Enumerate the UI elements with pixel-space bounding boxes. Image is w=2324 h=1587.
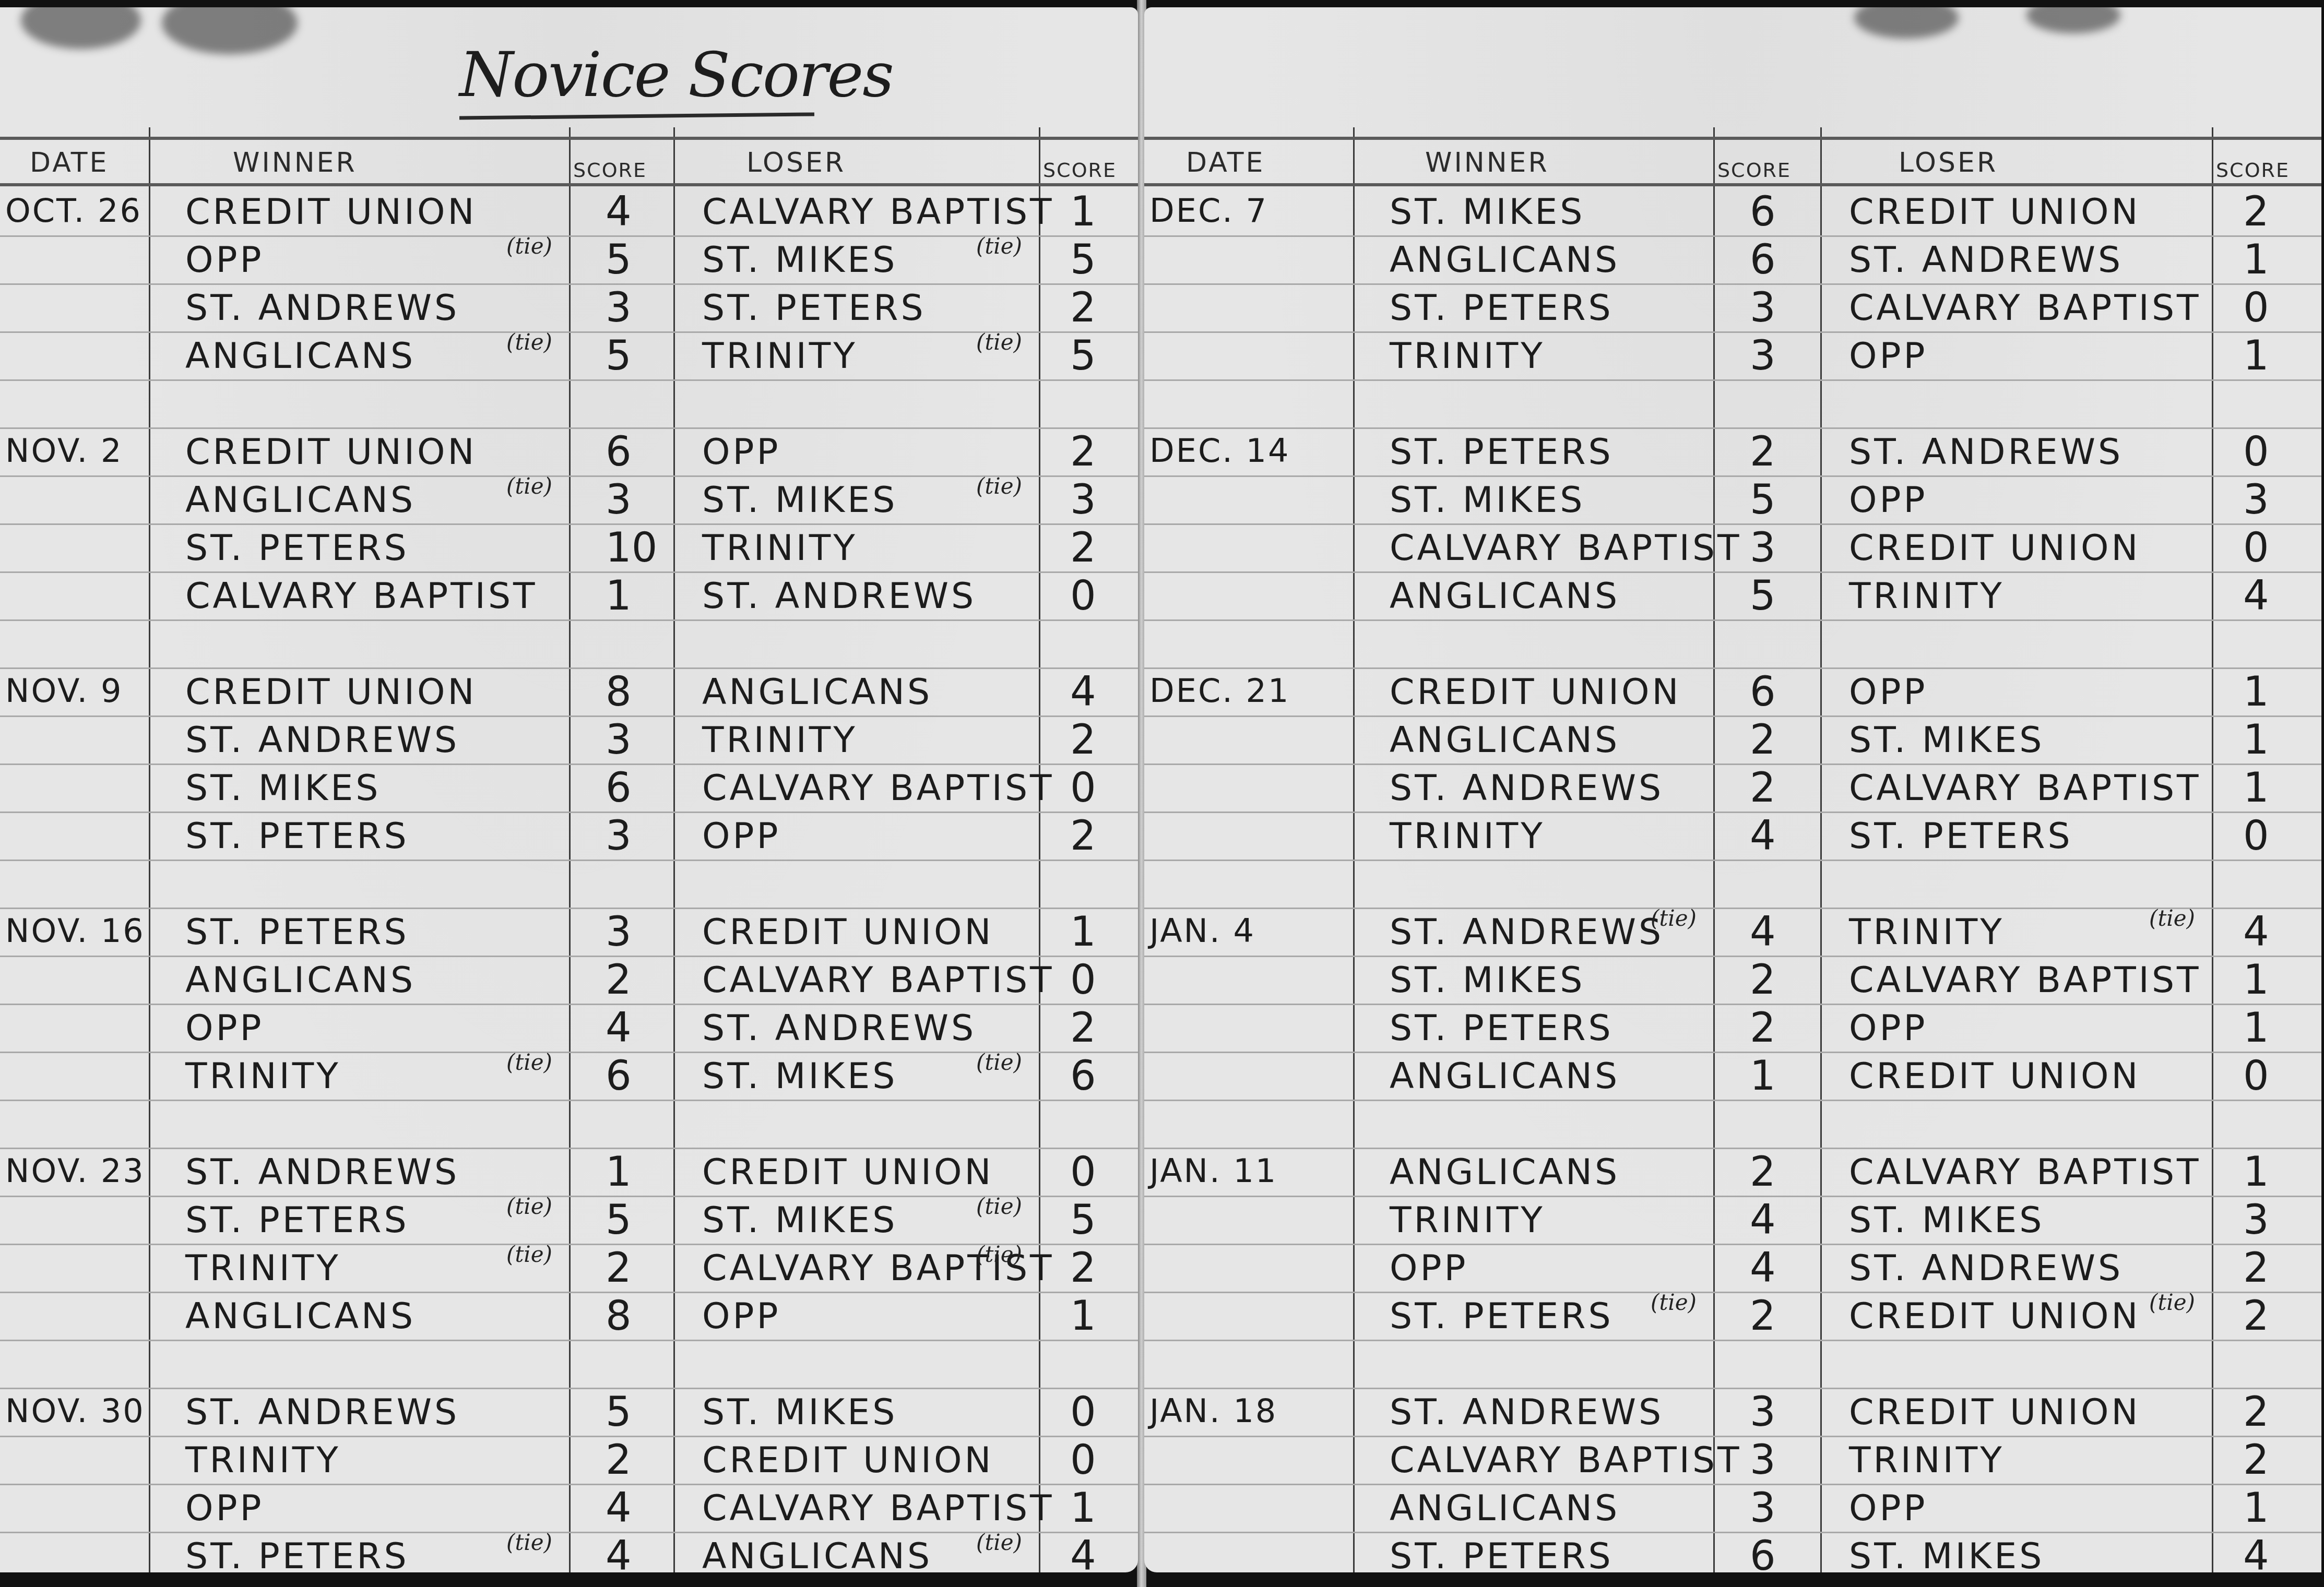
loser-score-header: SCORE: [1043, 159, 1117, 182]
ruled-line: [1144, 1244, 2321, 1245]
column-rule: [1713, 127, 1715, 1572]
right-page: DATEWINNERSCORELOSERSCOREDEC. 7ST. MIKES…: [1144, 7, 2321, 1572]
winner-team: ST. PETERS: [1390, 1008, 1614, 1049]
winner-team: ANGLICANS: [185, 480, 416, 521]
loser-score: 1: [2243, 669, 2269, 715]
tie-marker: (tie): [976, 1242, 1022, 1267]
winner-team: TRINITY: [1390, 336, 1545, 377]
winner-team: TRINITY: [185, 1248, 341, 1289]
loser-score: 2: [2243, 1389, 2269, 1436]
ruled-line: [1144, 860, 2321, 861]
loser-score: 0: [1070, 765, 1096, 812]
loser-team: CREDIT UNION: [702, 912, 993, 953]
winner-score: 1: [606, 1149, 632, 1196]
winner-score: 3: [606, 476, 632, 523]
winner-score: 4: [1750, 1197, 1776, 1244]
loser-score: 2: [1070, 1245, 1096, 1292]
winner-team: ST. PETERS: [185, 528, 409, 569]
loser-team: TRINITY: [1849, 1440, 2005, 1481]
week-date: NOV. 16: [5, 912, 145, 950]
date-header: DATE: [1186, 147, 1265, 178]
ruled-line: [0, 908, 1138, 909]
winner-team: ST. ANDREWS: [1390, 768, 1664, 809]
ruled-line: [1144, 523, 2321, 525]
winner-team: ANGLICANS: [185, 960, 416, 1001]
winner-team: ST. MIKES: [1390, 960, 1585, 1001]
loser-team: TRINITY: [702, 336, 858, 377]
loser-score: 6: [1070, 1053, 1096, 1100]
loser-score-header: SCORE: [2216, 159, 2290, 182]
winner-score: 6: [606, 765, 632, 812]
header-bottom-rule: [0, 183, 1138, 186]
loser-team: OPP: [1849, 336, 1928, 377]
ruled-line: [1144, 1292, 2321, 1293]
loser-team: OPP: [1849, 1008, 1928, 1049]
tie-marker: (tie): [1651, 1290, 1697, 1315]
winner-team: OPP: [1390, 1248, 1468, 1289]
ruled-line: [1144, 619, 2321, 621]
column-rule: [2212, 127, 2213, 1572]
winner-score: 1: [606, 572, 632, 619]
week-date: DEC. 7: [1149, 192, 1268, 230]
winner-score: 6: [1750, 236, 1776, 283]
loser-team: CALVARY BAPTIST: [702, 768, 1054, 809]
ruled-line: [1144, 1484, 2321, 1485]
loser-score: 1: [2243, 717, 2269, 763]
winner-score: 2: [1750, 765, 1776, 812]
week-date: OCT. 26: [5, 192, 142, 230]
winner-score: 5: [1750, 476, 1776, 523]
winner-score: 6: [606, 428, 632, 475]
winner-team: OPP: [185, 1008, 264, 1049]
loser-team: ST. ANDREWS: [1849, 240, 2123, 281]
tie-marker: (tie): [2149, 905, 2195, 931]
winner-score: 5: [606, 1389, 632, 1436]
loser-score: 2: [1070, 813, 1096, 860]
ruled-line: [0, 860, 1138, 861]
tie-marker: (tie): [506, 329, 552, 355]
loser-score: 1: [1070, 909, 1096, 956]
winner-team: CREDIT UNION: [185, 672, 477, 713]
winner-score: 2: [606, 1245, 632, 1292]
winner-team: ANGLICANS: [1390, 720, 1620, 761]
ruled-line: [1144, 475, 2321, 477]
winner-score: 3: [606, 717, 632, 763]
winner-score-header: SCORE: [573, 159, 647, 182]
winner-score: 5: [606, 332, 632, 379]
winner-score: 4: [606, 1533, 632, 1572]
ruled-line: [0, 235, 1138, 237]
tie-marker: (tie): [976, 473, 1022, 499]
title-underline: [459, 112, 814, 120]
ruled-line: [0, 763, 1138, 765]
loser-score: 3: [2243, 1197, 2269, 1244]
column-rule: [1039, 127, 1040, 1572]
loser-score: 4: [2243, 1533, 2269, 1572]
loser-team: TRINITY: [702, 528, 858, 569]
winner-score: 2: [1750, 1149, 1776, 1196]
winner-team: ST. PETERS: [185, 1536, 409, 1572]
loser-score: 0: [2243, 284, 2269, 331]
ruled-line: [0, 812, 1138, 813]
loser-header: LOSER: [1899, 147, 1998, 178]
loser-score: 2: [1070, 717, 1096, 763]
winner-team: OPP: [185, 240, 264, 281]
winner-score: 3: [1750, 1389, 1776, 1436]
loser-team: OPP: [702, 432, 781, 473]
ruled-line: [1144, 1052, 2321, 1053]
winner-team: ST. ANDREWS: [1390, 1392, 1664, 1433]
ruled-line: [0, 1148, 1138, 1149]
loser-score: 3: [2243, 476, 2269, 523]
week-date: DEC. 14: [1149, 432, 1290, 470]
ink-stain: [2026, 7, 2120, 33]
ruled-line: [0, 571, 1138, 573]
loser-score: 1: [1070, 1485, 1096, 1532]
winner-team: CREDIT UNION: [1390, 672, 1681, 713]
ruled-line: [1144, 331, 2321, 333]
ruled-line: [0, 1052, 1138, 1053]
week-date: JAN. 18: [1149, 1392, 1277, 1430]
loser-score: 0: [1070, 1149, 1096, 1196]
loser-score: 5: [1070, 332, 1096, 379]
ink-stain: [1854, 7, 1959, 39]
loser-team: OPP: [702, 816, 781, 857]
loser-score: 4: [1070, 669, 1096, 715]
tie-marker: (tie): [506, 473, 552, 499]
winner-team: TRINITY: [1390, 816, 1545, 857]
ruled-line: [0, 1340, 1138, 1341]
winner-header: WINNER: [233, 147, 357, 178]
tie-marker: (tie): [976, 1049, 1022, 1075]
winner-score: 3: [606, 284, 632, 331]
winner-team: ST. PETERS: [1390, 1536, 1614, 1572]
ruled-line: [1144, 1532, 2321, 1533]
winner-score: 5: [606, 236, 632, 283]
loser-team: CREDIT UNION: [1849, 1296, 2140, 1337]
loser-score: 0: [1070, 1437, 1096, 1484]
winner-score: 6: [1750, 669, 1776, 715]
loser-team: CALVARY BAPTIST: [1849, 768, 2201, 809]
winner-score: 2: [1750, 428, 1776, 475]
ruled-line: [0, 667, 1138, 669]
week-date: NOV. 30: [5, 1392, 145, 1430]
winner-header: WINNER: [1425, 147, 1549, 178]
winner-score: 2: [1750, 717, 1776, 763]
winner-score: 4: [606, 1005, 632, 1052]
loser-score: 1: [2243, 1005, 2269, 1052]
tie-marker: (tie): [976, 1194, 1022, 1219]
tie-marker: (tie): [2149, 1290, 2195, 1315]
winner-score: 10: [606, 524, 657, 571]
page-title: Novice Scores: [459, 39, 893, 111]
loser-team: CREDIT UNION: [702, 1440, 993, 1481]
header-bottom-rule: [1144, 183, 2321, 186]
loser-score: 0: [2243, 813, 2269, 860]
winner-score: 5: [606, 1197, 632, 1244]
winner-team: ANGLICANS: [1390, 1152, 1620, 1193]
loser-team: ST. MIKES: [702, 240, 897, 281]
winner-score: 3: [1750, 1485, 1776, 1532]
loser-team: CREDIT UNION: [702, 1152, 993, 1193]
header-top-rule: [0, 137, 1138, 140]
loser-score: 2: [2243, 1437, 2269, 1484]
loser-team: CREDIT UNION: [1849, 528, 2140, 569]
ink-stain: [162, 7, 298, 54]
winner-team: ST. PETERS: [1390, 1296, 1614, 1337]
ruled-line: [0, 1004, 1138, 1005]
loser-score: 1: [2243, 765, 2269, 812]
winner-team: TRINITY: [185, 1440, 341, 1481]
winner-team: ANGLICANS: [1390, 1056, 1620, 1097]
winner-team: ST. PETERS: [185, 912, 409, 953]
loser-team: CALVARY BAPTIST: [702, 192, 1054, 233]
week-date: JAN. 4: [1149, 912, 1255, 950]
winner-score: 5: [1750, 572, 1776, 619]
loser-team: ST. ANDREWS: [1849, 432, 2123, 473]
loser-score: 3: [1070, 476, 1096, 523]
ruled-line: [0, 331, 1138, 333]
winner-team: ST. PETERS: [185, 816, 409, 857]
ruled-line: [0, 1100, 1138, 1101]
ruled-line: [0, 715, 1138, 717]
ruled-line: [0, 427, 1138, 429]
loser-score: 1: [1070, 1293, 1096, 1340]
loser-team: ST. MIKES: [702, 480, 897, 521]
loser-team: OPP: [702, 1296, 781, 1337]
column-rule: [1353, 127, 1355, 1572]
week-date: NOV. 9: [5, 672, 123, 710]
loser-score: 4: [2243, 909, 2269, 956]
loser-score: 1: [2243, 332, 2269, 379]
winner-team: TRINITY: [185, 1056, 341, 1097]
column-rule: [1820, 127, 1822, 1572]
date-header: DATE: [30, 147, 109, 178]
winner-team: ST. MIKES: [185, 768, 381, 809]
loser-score: 0: [2243, 428, 2269, 475]
winner-team: ANGLICANS: [185, 336, 416, 377]
winner-score: 3: [1750, 284, 1776, 331]
loser-score: 2: [1070, 1005, 1096, 1052]
winner-team: ST. ANDREWS: [185, 288, 459, 329]
ruled-line: [1144, 667, 2321, 669]
loser-score: 2: [1070, 428, 1096, 475]
ruled-line: [0, 1196, 1138, 1197]
loser-score: 0: [2243, 1053, 2269, 1100]
ruled-line: [0, 523, 1138, 525]
winner-team: ST. ANDREWS: [1390, 912, 1664, 953]
winner-score-header: SCORE: [1717, 159, 1791, 182]
loser-score: 4: [2243, 572, 2269, 619]
winner-score: 3: [1750, 332, 1776, 379]
winner-team: ANGLICANS: [1390, 240, 1620, 281]
ruled-line: [1144, 1148, 2321, 1149]
ruled-line: [0, 1388, 1138, 1389]
loser-header: LOSER: [746, 147, 846, 178]
loser-team: ST. MIKES: [702, 1392, 897, 1433]
loser-score: 2: [2243, 1245, 2269, 1292]
column-rule: [673, 127, 675, 1572]
winner-team: ST. ANDREWS: [185, 1392, 459, 1433]
ruled-line: [1144, 1100, 2321, 1101]
column-rule: [149, 127, 150, 1572]
winner-score: 3: [1750, 1437, 1776, 1484]
ruled-line: [1144, 379, 2321, 381]
loser-team: OPP: [1849, 1488, 1928, 1529]
winner-score: 2: [606, 1437, 632, 1484]
ruled-line: [0, 956, 1138, 957]
winner-score: 2: [1750, 1005, 1776, 1052]
ruled-line: [0, 1532, 1138, 1533]
loser-team: CREDIT UNION: [1849, 1056, 2140, 1097]
ruled-line: [1144, 715, 2321, 717]
loser-team: CREDIT UNION: [1849, 1392, 2140, 1433]
winner-team: ST. PETERS: [1390, 432, 1614, 473]
loser-score: 1: [2243, 1485, 2269, 1532]
loser-team: ST. PETERS: [1849, 816, 2073, 857]
week-date: JAN. 11: [1149, 1152, 1277, 1190]
winner-team: ST. PETERS: [1390, 288, 1614, 329]
loser-team: OPP: [1849, 480, 1928, 521]
ruled-line: [1144, 956, 2321, 957]
winner-score: 2: [1750, 957, 1776, 1004]
winner-score: 6: [1750, 188, 1776, 235]
tie-marker: (tie): [506, 233, 552, 259]
winner-score: 8: [606, 669, 632, 715]
loser-team: ST. MIKES: [1849, 1536, 2044, 1572]
winner-score: 2: [606, 957, 632, 1004]
winner-team: TRINITY: [1390, 1200, 1545, 1241]
ruled-line: [0, 619, 1138, 621]
loser-score: 1: [1070, 188, 1096, 235]
winner-team: CALVARY BAPTIST: [185, 576, 538, 617]
loser-team: CALVARY BAPTIST: [1849, 1152, 2201, 1193]
winner-team: ST. ANDREWS: [185, 1152, 459, 1193]
loser-team: ST. MIKES: [702, 1056, 897, 1097]
week-date: NOV. 23: [5, 1152, 145, 1190]
loser-score: 1: [2243, 236, 2269, 283]
ruled-line: [0, 379, 1138, 381]
ruled-line: [1144, 1196, 2321, 1197]
loser-score: 0: [2243, 524, 2269, 571]
ruled-line: [0, 1436, 1138, 1437]
loser-score: 0: [1070, 572, 1096, 619]
winner-team: ST. MIKES: [1390, 192, 1585, 233]
ruled-line: [1144, 763, 2321, 765]
loser-team: CALVARY BAPTIST: [702, 1488, 1054, 1529]
tie-marker: (tie): [976, 233, 1022, 259]
loser-team: CALVARY BAPTIST: [702, 960, 1054, 1001]
winner-score: 4: [606, 1485, 632, 1532]
loser-score: 5: [1070, 1197, 1096, 1244]
ruled-line: [1144, 427, 2321, 429]
loser-score: 2: [1070, 284, 1096, 331]
loser-team: CALVARY BAPTIST: [1849, 960, 2201, 1001]
loser-team: ST. MIKES: [1849, 1200, 2044, 1241]
tie-marker: (tie): [506, 1049, 552, 1075]
loser-score: 1: [2243, 1149, 2269, 1196]
header-top-rule: [1144, 137, 2321, 140]
winner-score: 2: [1750, 1293, 1776, 1340]
winner-score: 4: [606, 188, 632, 235]
winner-score: 3: [1750, 524, 1776, 571]
winner-team: CREDIT UNION: [185, 432, 477, 473]
tie-marker: (tie): [976, 329, 1022, 355]
loser-team: ST. ANDREWS: [702, 576, 976, 617]
week-date: NOV. 2: [5, 432, 123, 470]
loser-team: ST. MIKES: [702, 1200, 897, 1241]
loser-team: ANGLICANS: [702, 1536, 932, 1572]
loser-score: 0: [1070, 1389, 1096, 1436]
ruled-line: [1144, 1436, 2321, 1437]
winner-team: CALVARY BAPTIST: [1390, 1440, 1742, 1481]
left-page: Novice Scores DATEWINNERSCORELOSERSCOREO…: [0, 7, 1138, 1572]
winner-score: 1: [1750, 1053, 1776, 1100]
winner-score: 8: [606, 1293, 632, 1340]
winner-team: ST. MIKES: [1390, 480, 1585, 521]
loser-team: OPP: [1849, 672, 1928, 713]
winner-score: 4: [1750, 813, 1776, 860]
winner-team: CREDIT UNION: [185, 192, 477, 233]
tie-marker: (tie): [506, 1194, 552, 1219]
winner-team: ANGLICANS: [185, 1296, 416, 1337]
loser-team: ST. MIKES: [1849, 720, 2044, 761]
tie-marker: (tie): [506, 1242, 552, 1267]
winner-team: ST. PETERS: [185, 1200, 409, 1241]
ruled-line: [1144, 1340, 2321, 1341]
ruled-line: [1144, 235, 2321, 237]
ruled-line: [0, 283, 1138, 285]
loser-score: 2: [2243, 188, 2269, 235]
loser-score: 2: [2243, 1293, 2269, 1340]
loser-score: 0: [1070, 957, 1096, 1004]
winner-team: ST. ANDREWS: [185, 720, 459, 761]
loser-team: ST. ANDREWS: [702, 1008, 976, 1049]
winner-score: 4: [1750, 909, 1776, 956]
ruled-line: [1144, 1004, 2321, 1005]
ruled-line: [1144, 812, 2321, 813]
winner-team: CALVARY BAPTIST: [1390, 528, 1742, 569]
ruled-line: [1144, 571, 2321, 573]
tie-marker: (tie): [976, 1530, 1022, 1555]
loser-score: 4: [1070, 1533, 1096, 1572]
column-rule: [569, 127, 571, 1572]
week-date: DEC. 21: [1149, 672, 1290, 710]
winner-team: OPP: [185, 1488, 264, 1529]
loser-team: CALVARY BAPTIST: [1849, 288, 2201, 329]
loser-score: 2: [1070, 524, 1096, 571]
winner-score: 4: [1750, 1245, 1776, 1292]
loser-team: CREDIT UNION: [1849, 192, 2140, 233]
tie-marker: (tie): [506, 1530, 552, 1555]
tie-marker: (tie): [1651, 905, 1697, 931]
loser-team: TRINITY: [1849, 576, 2005, 617]
loser-team: TRINITY: [1849, 912, 2005, 953]
winner-team: ANGLICANS: [1390, 576, 1620, 617]
winner-score: 3: [606, 909, 632, 956]
loser-team: ST. PETERS: [702, 288, 926, 329]
ruled-line: [1144, 1388, 2321, 1389]
winner-score: 6: [606, 1053, 632, 1100]
ruled-line: [0, 475, 1138, 477]
ruled-line: [1144, 908, 2321, 909]
ruled-line: [1144, 283, 2321, 285]
winner-score: 6: [1750, 1533, 1776, 1572]
ink-stain: [21, 7, 141, 49]
ruled-line: [0, 1244, 1138, 1245]
loser-score: 5: [1070, 236, 1096, 283]
winner-score: 3: [606, 813, 632, 860]
